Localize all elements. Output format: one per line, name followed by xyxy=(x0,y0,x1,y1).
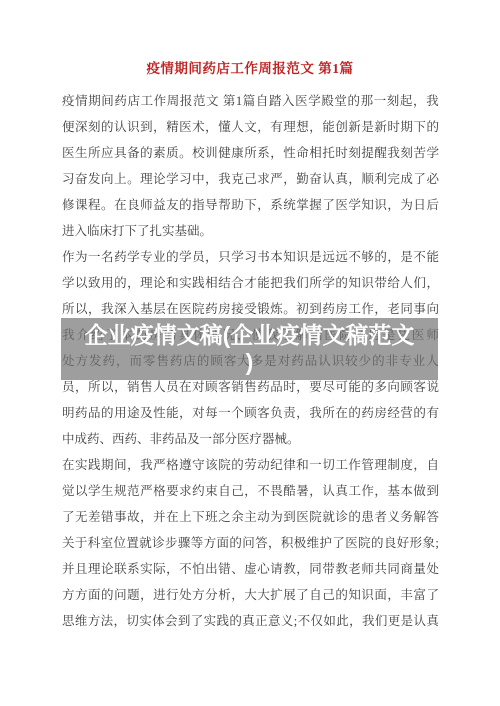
body-line: 思维方法，切实体会到了实践的真正意义;不仅如此，我们更是认真 xyxy=(62,608,439,634)
body-line: 进入临床打下了扎实基础。 xyxy=(62,218,439,244)
watermark-overlay: 企业疫情文稿(企业疫情文稿范文 ) xyxy=(61,318,438,380)
page-title: 疫情期间药店工作周报范文 第1篇 xyxy=(0,59,500,79)
body-line: 作为一名药学专业的学员，只学习书本知识是远远不够的，是不能 xyxy=(62,244,439,270)
body-line: 医生所应具备的素质。校训健康所系，性命相托时刻提醒我刻苦学 xyxy=(62,140,439,166)
body-line: 方方面的问题，进行处方分析，大大扩展了自己的知识面，丰富了 xyxy=(62,582,439,608)
body-line: 明药品的用途及性能，对每一个顾客负责，我所在的药房经营的有 xyxy=(62,400,439,426)
body-line: 在实践期间，我严格遵守该院的劳动纪律和一切工作管理制度，自 xyxy=(62,452,439,478)
body-line: 中成药、西药、非药品及一部分医疗器械。 xyxy=(62,426,439,452)
watermark-title-line1: 企业疫情文稿(企业疫情文稿范文 xyxy=(85,322,415,349)
watermark-title-line2: ) xyxy=(246,349,254,376)
body-line: 疫情期间药店工作周报范文 第1篇自踏入医学殿堂的那一刻起，我 xyxy=(62,88,439,114)
body-line: 修课程。在良师益友的指导帮助下，系统掌握了医学知识，为日后 xyxy=(62,192,439,218)
body-line: 觉以学生规范严格要求约束自己，不畏酷暑，认真工作，基本做到 xyxy=(62,478,439,504)
body-line: 并且理论联系实际，不怕出错、虚心请教，同带教老师共同商量处 xyxy=(62,556,439,582)
body-line: 习奋发向上。理论学习中，我克己求严，勤奋认真，顺利完成了必 xyxy=(62,166,439,192)
body-line: 便深刻的认识到，精医术，懂人文，有理想，能创新是新时期下的 xyxy=(62,114,439,140)
body-line: 关于科室位置就诊步骤等方面的问答，积极维护了医院的良好形象; xyxy=(62,530,439,556)
body-line: 学以致用的，理论和实践相结合才能把我们所学的知识带给人们， xyxy=(62,270,439,296)
document-page: 疫情期间药店工作周报范文 第1篇 疫情期间药店工作周报范文 第1篇自踏入医学殿堂… xyxy=(0,0,500,706)
body-line: 了无差错事故，并在上下班之余主动为到医院就诊的患者义务解答 xyxy=(62,504,439,530)
